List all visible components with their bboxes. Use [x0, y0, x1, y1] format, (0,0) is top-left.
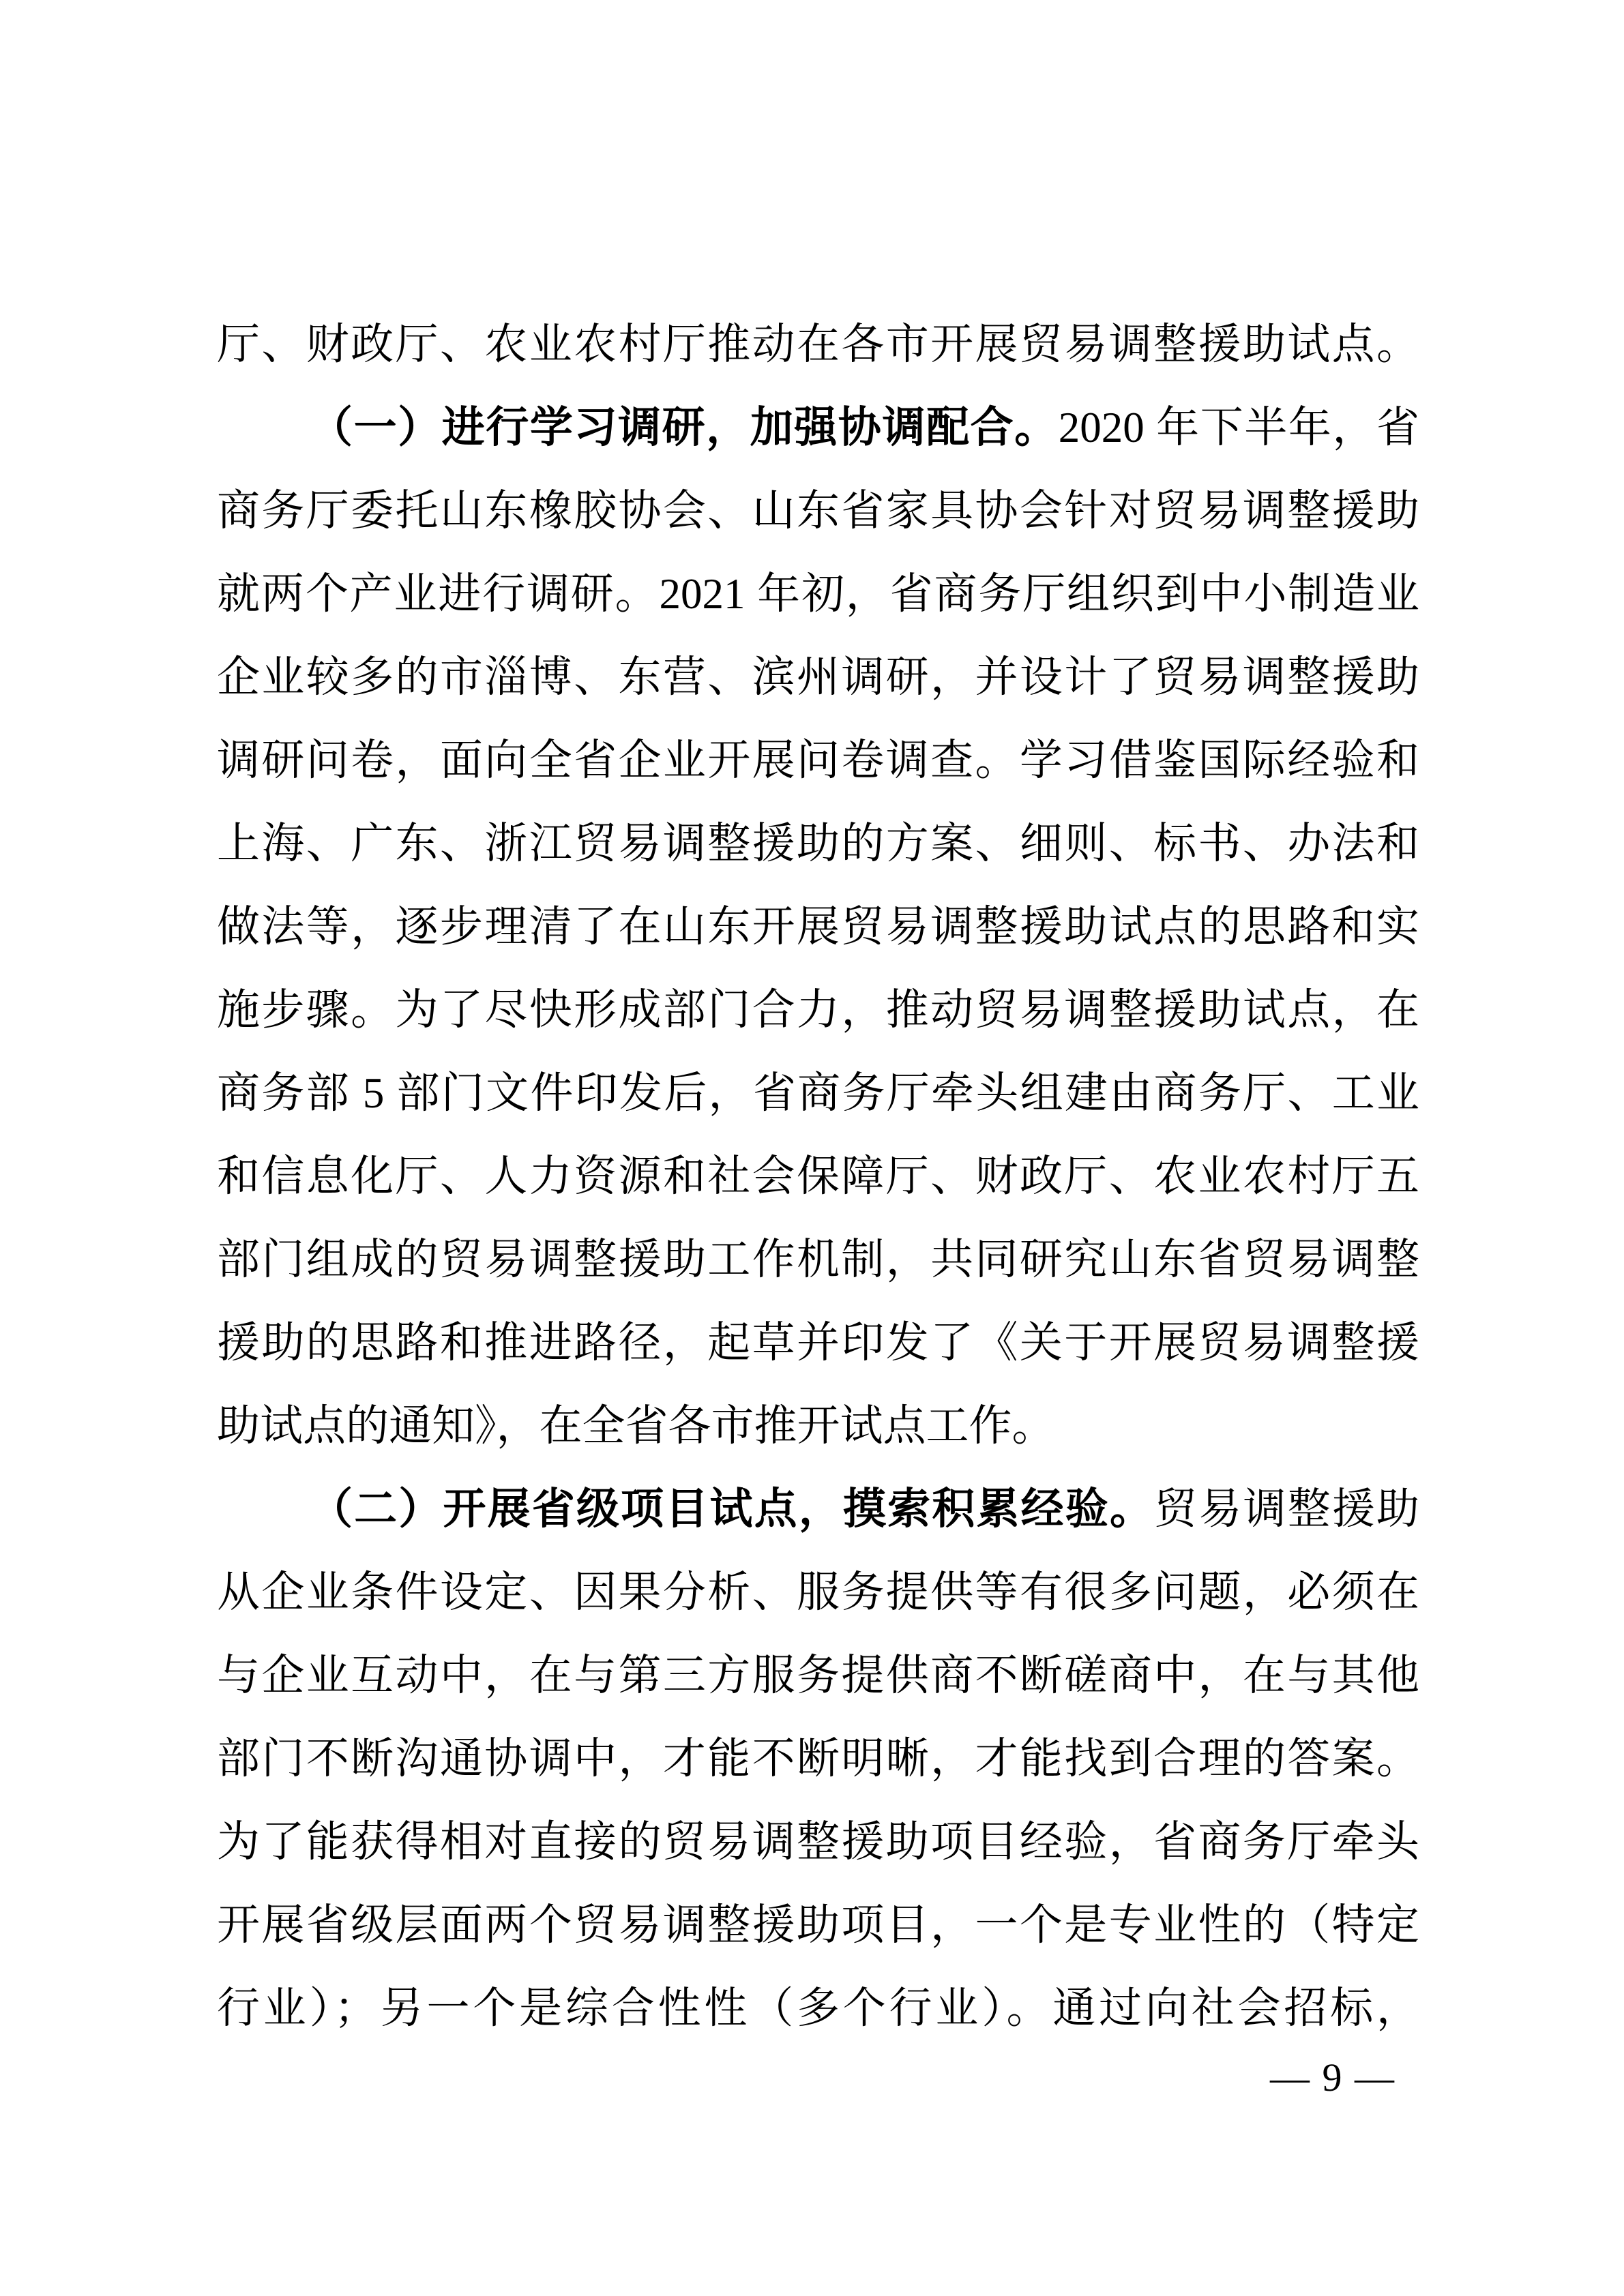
body-text: 为了能获得相对直接的贸易调整援助项目经验，省商务厅牵头	[217, 1818, 1419, 1866]
text-line: 开展省级层面两个贸易调整援助项目，一个是专业性的（特定	[217, 1883, 1419, 1967]
body-text: 助试点的通知》，在全省各市推开试点工作。	[217, 1402, 1055, 1450]
text-line: 援助的思路和推进路径，起草并印发了《关于开展贸易调整援	[217, 1301, 1419, 1384]
body-text: 和信息化厅、人力资源和社会保障厅、财政厅、农业农村厅五	[217, 1152, 1419, 1200]
text-line: 商务部 5 部门文件印发后，省商务厅牵头组建由商务厅、工业	[217, 1052, 1419, 1135]
text-line: 施步骤。为了尽快形成部门合力，推动贸易调整援助试点，在	[217, 968, 1419, 1052]
body-text: 从企业条件设定、因果分析、服务提供等有很多问题，必须在	[217, 1568, 1419, 1616]
text-line: 从企业条件设定、因果分析、服务提供等有很多问题，必须在	[217, 1551, 1419, 1634]
body-text: 行业）；另一个是综合性性（多个行业）。通过向社会招标，	[217, 1984, 1419, 2032]
body-text: 商务部 5 部门文件印发后，省商务厅牵头组建由商务厅、工业	[217, 1069, 1419, 1117]
body-text: 企业较多的市淄博、东营、滨州调研，并设计了贸易调整援助	[217, 653, 1419, 701]
body-text: 厅、财政厅、农业农村厅推动在各市开展贸易调整援助试点。	[217, 320, 1419, 368]
body-text: 商务厅委托山东橡胶协会、山东省家具协会针对贸易调整援助	[217, 487, 1419, 535]
body-text: 援助的思路和推进路径，起草并印发了《关于开展贸易调整援	[217, 1319, 1419, 1367]
text-line: 与企业互动中，在与第三方服务提供商不断磋商中，在与其他	[217, 1634, 1419, 1717]
document-page: 厅、财政厅、农业农村厅推动在各市开展贸易调整援助试点。（一）进行学习调研，加强协…	[0, 0, 1624, 2296]
body-text: 部门不断沟通协调中，才能不断明晰，才能找到合理的答案。	[217, 1735, 1419, 1783]
text-line: 部门组成的贸易调整援助工作机制，共同研究山东省贸易调整	[217, 1218, 1419, 1301]
text-line: 调研问卷，面向全省企业开展问卷调查。学习借鉴国际经验和	[217, 719, 1419, 802]
body-text: 上海、广东、浙江贸易调整援助的方案、细则、标书、办法和	[217, 820, 1419, 867]
document-body: 厅、财政厅、农业农村厅推动在各市开展贸易调整援助试点。（一）进行学习调研，加强协…	[217, 303, 1419, 2050]
text-line: 行业）；另一个是综合性性（多个行业）。通过向社会招标，	[217, 1967, 1419, 2050]
body-text: 开展省级层面两个贸易调整援助项目，一个是专业性的（特定	[217, 1901, 1419, 1949]
text-line: 助试点的通知》，在全省各市推开试点工作。	[217, 1384, 1419, 1467]
text-line: 企业较多的市淄博、东营、滨州调研，并设计了贸易调整援助	[217, 636, 1419, 719]
text-line: 部门不断沟通协调中，才能不断明晰，才能找到合理的答案。	[217, 1717, 1419, 1800]
body-text: 部门组成的贸易调整援助工作机制，共同研究山东省贸易调整	[217, 1236, 1419, 1283]
text-line: 上海、广东、浙江贸易调整援助的方案、细则、标书、办法和	[217, 802, 1419, 885]
body-text: 施步骤。为了尽快形成部门合力，推动贸易调整援助试点，在	[217, 986, 1419, 1034]
text-line: 和信息化厅、人力资源和社会保障厅、财政厅、农业农村厅五	[217, 1135, 1419, 1218]
text-line: 做法等，逐步理清了在山东开展贸易调整援助试点的思路和实	[217, 885, 1419, 968]
text-line: （二）开展省级项目试点，摸索积累经验。贸易调整援助	[217, 1467, 1419, 1551]
text-line: 为了能获得相对直接的贸易调整援助项目经验，省商务厅牵头	[217, 1800, 1419, 1883]
text-line: 厅、财政厅、农业农村厅推动在各市开展贸易调整援助试点。	[217, 303, 1419, 386]
text-line: 商务厅委托山东橡胶协会、山东省家具协会针对贸易调整援助	[217, 469, 1419, 552]
text-line: 就两个产业进行调研。2021 年初，省商务厅组织到中小制造业	[217, 552, 1419, 636]
text-line: （一）进行学习调研，加强协调配合。2020 年下半年，省	[217, 386, 1419, 469]
section-heading-text: （二）开展省级项目试点，摸索积累经验。	[310, 1485, 1154, 1533]
body-text: 贸易调整援助	[1154, 1485, 1419, 1533]
body-text: 做法等，逐步理清了在山东开展贸易调整援助试点的思路和实	[217, 903, 1419, 951]
body-text: 与企业互动中，在与第三方服务提供商不断磋商中，在与其他	[217, 1652, 1419, 1699]
section-heading-text: （一）进行学习调研，加强协调配合。	[310, 404, 1059, 451]
body-text: 2020 年下半年，省	[1059, 404, 1419, 451]
body-text: 调研问卷，面向全省企业开展问卷调查。学习借鉴国际经验和	[217, 736, 1419, 784]
body-text: 就两个产业进行调研。2021 年初，省商务厅组织到中小制造业	[217, 570, 1419, 618]
page-number: — 9 —	[1270, 2049, 1420, 2106]
